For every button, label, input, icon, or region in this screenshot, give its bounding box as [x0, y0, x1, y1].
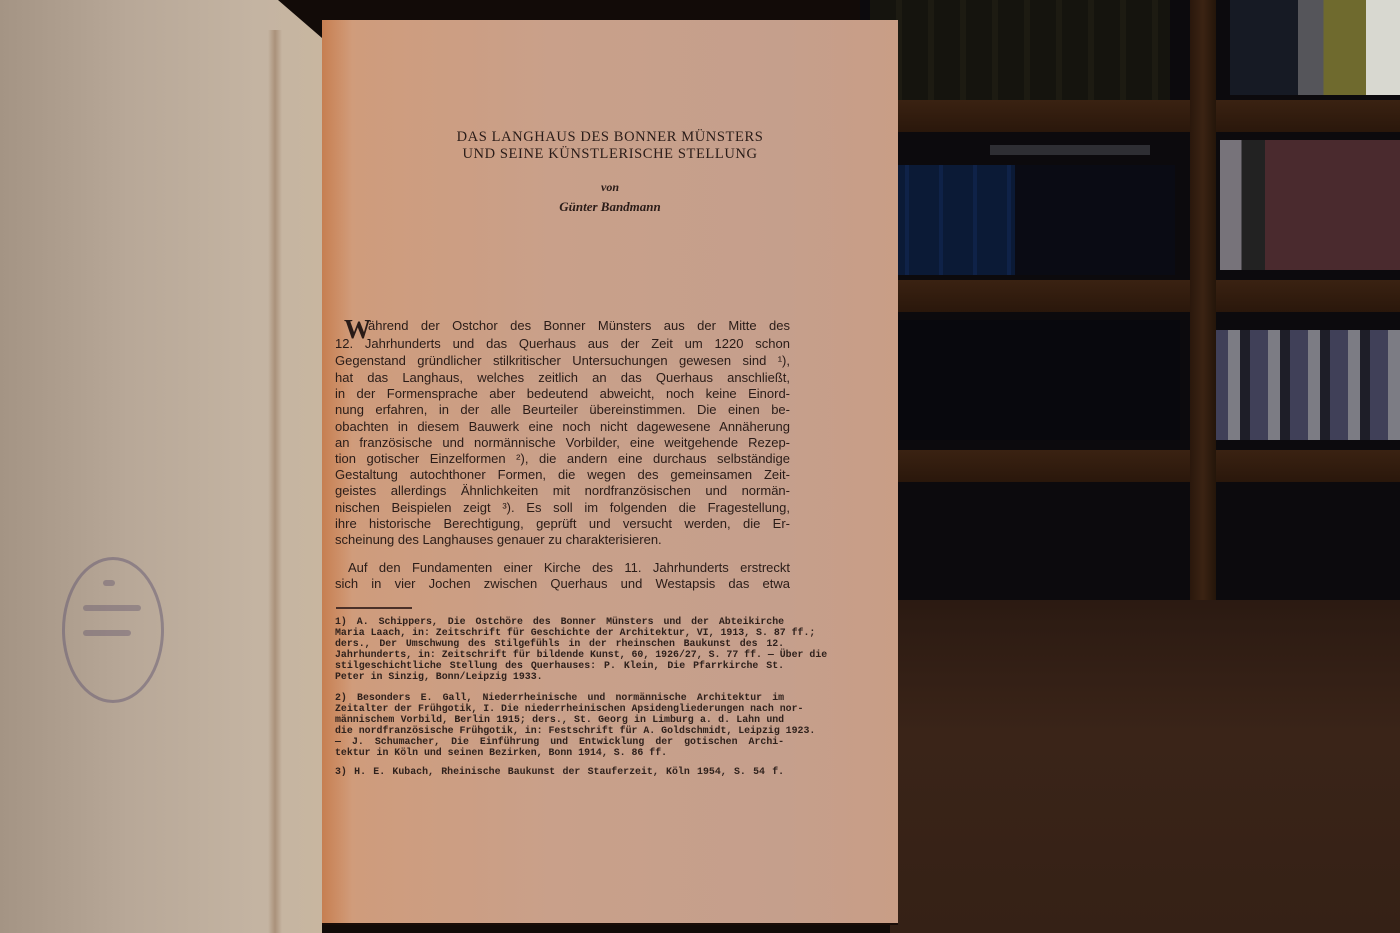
bookshelf-background: [860, 0, 1400, 600]
footnote-2-line: 2) Besonders E. Gall, Niederrheinische u…: [335, 693, 784, 704]
footnote-1-line: Maria Laach, in: Zeitschrift für Geschic…: [335, 628, 784, 639]
footnote-1-line: 1) A. Schippers, Die Ostchöre des Bonner…: [335, 617, 784, 628]
footnote-2-line: die nordfranzösische Frühgotik, in: Fest…: [335, 726, 784, 737]
body-line: Gegenstand gründlicher stilkritischer Un…: [335, 353, 790, 368]
body-line: Auf den Fundamenten einer Kirche des 11.…: [348, 560, 790, 575]
byline-von: von: [322, 180, 898, 195]
body-line: hat das Langhaus, welches zeitlich an da…: [335, 370, 790, 385]
footnote-2-line: tektur in Köln und seinen Bezirken, Bonn…: [335, 748, 784, 759]
books-top-right: [1230, 0, 1400, 95]
body-line: ährend der Ostchor des Bonner Münsters a…: [368, 318, 790, 333]
author-name: Günter Bandmann: [322, 199, 898, 215]
books-lower-right: [1210, 330, 1400, 440]
body-line: scheinung des Langhauses genauer zu char…: [335, 532, 790, 547]
footnote-1-line: Jahrhunderts, in: Zeitschrift für bilden…: [335, 650, 784, 661]
footnote-2-line: — J. Schumacher, Die Einführung und Entw…: [335, 737, 784, 748]
body-line: ihre historische Berechtigung, geprüft u…: [335, 516, 790, 531]
body-line: in der Formensprache aber bedeutend abwe…: [335, 386, 790, 401]
body-line: tion gotischer Einzelformen ²), die ande…: [335, 451, 790, 466]
right-page: DAS LANGHAUS DES BONNER MÜNSTERS UND SEI…: [322, 20, 898, 923]
shelf-board: [860, 100, 1400, 132]
wooden-table: [890, 600, 1400, 933]
book-strip: [990, 145, 1150, 155]
page-edge-shadow: [268, 30, 282, 933]
body-line: nung erfahren, in der alle Beurteiler üb…: [335, 402, 790, 417]
footnote-2-line: Zeitalter der Frühgotik, I. Die niederrh…: [335, 704, 784, 715]
body-line: an französische und normännische Vorbild…: [335, 435, 790, 450]
footnote-1-line: ders., Der Umschwung des Stilgefühls in …: [335, 639, 784, 650]
body-line: nischen Beispielen zeigt ³). Es soll im …: [335, 500, 790, 515]
article-title-line-2: UND SEINE KÜNSTLERISCHE STELLUNG: [322, 146, 898, 163]
article-title-line-1: DAS LANGHAUS DES BONNER MÜNSTERS: [322, 129, 898, 146]
body-line: 12. Jahrhunderts und das Querhaus aus de…: [335, 336, 790, 351]
shelf-board: [860, 450, 1400, 482]
shelf-board: [860, 280, 1400, 312]
body-line: sich in vier Jochen zwischen Querhaus un…: [335, 576, 790, 591]
books-top-row: [870, 0, 1170, 100]
books-lower: [880, 320, 1180, 440]
library-stamp: [62, 557, 164, 703]
footnote-3-line: 3) H. E. Kubach, Rheinische Baukunst der…: [335, 767, 784, 778]
body-line: geistes allerdings Ähnlichkeiten mit nor…: [335, 483, 790, 498]
books-mid-right: [1220, 140, 1400, 270]
footnote-separator: [336, 607, 412, 609]
footnote-1-line: Peter in Sinzig, Bonn/Leipzig 1933.: [335, 672, 784, 683]
shelf-post: [1190, 0, 1216, 600]
footnote-2-line: männischem Vorbild, Berlin 1915; ders., …: [335, 715, 784, 726]
books-navy: [1015, 165, 1175, 275]
body-line: obachten in diesem Bauwerk eine noch nic…: [335, 419, 790, 434]
footnote-1-line: stilgeschichtliche Stellung des Querhaus…: [335, 661, 784, 672]
body-line: Gestaltung autochthoner Formen, die wege…: [335, 467, 790, 482]
